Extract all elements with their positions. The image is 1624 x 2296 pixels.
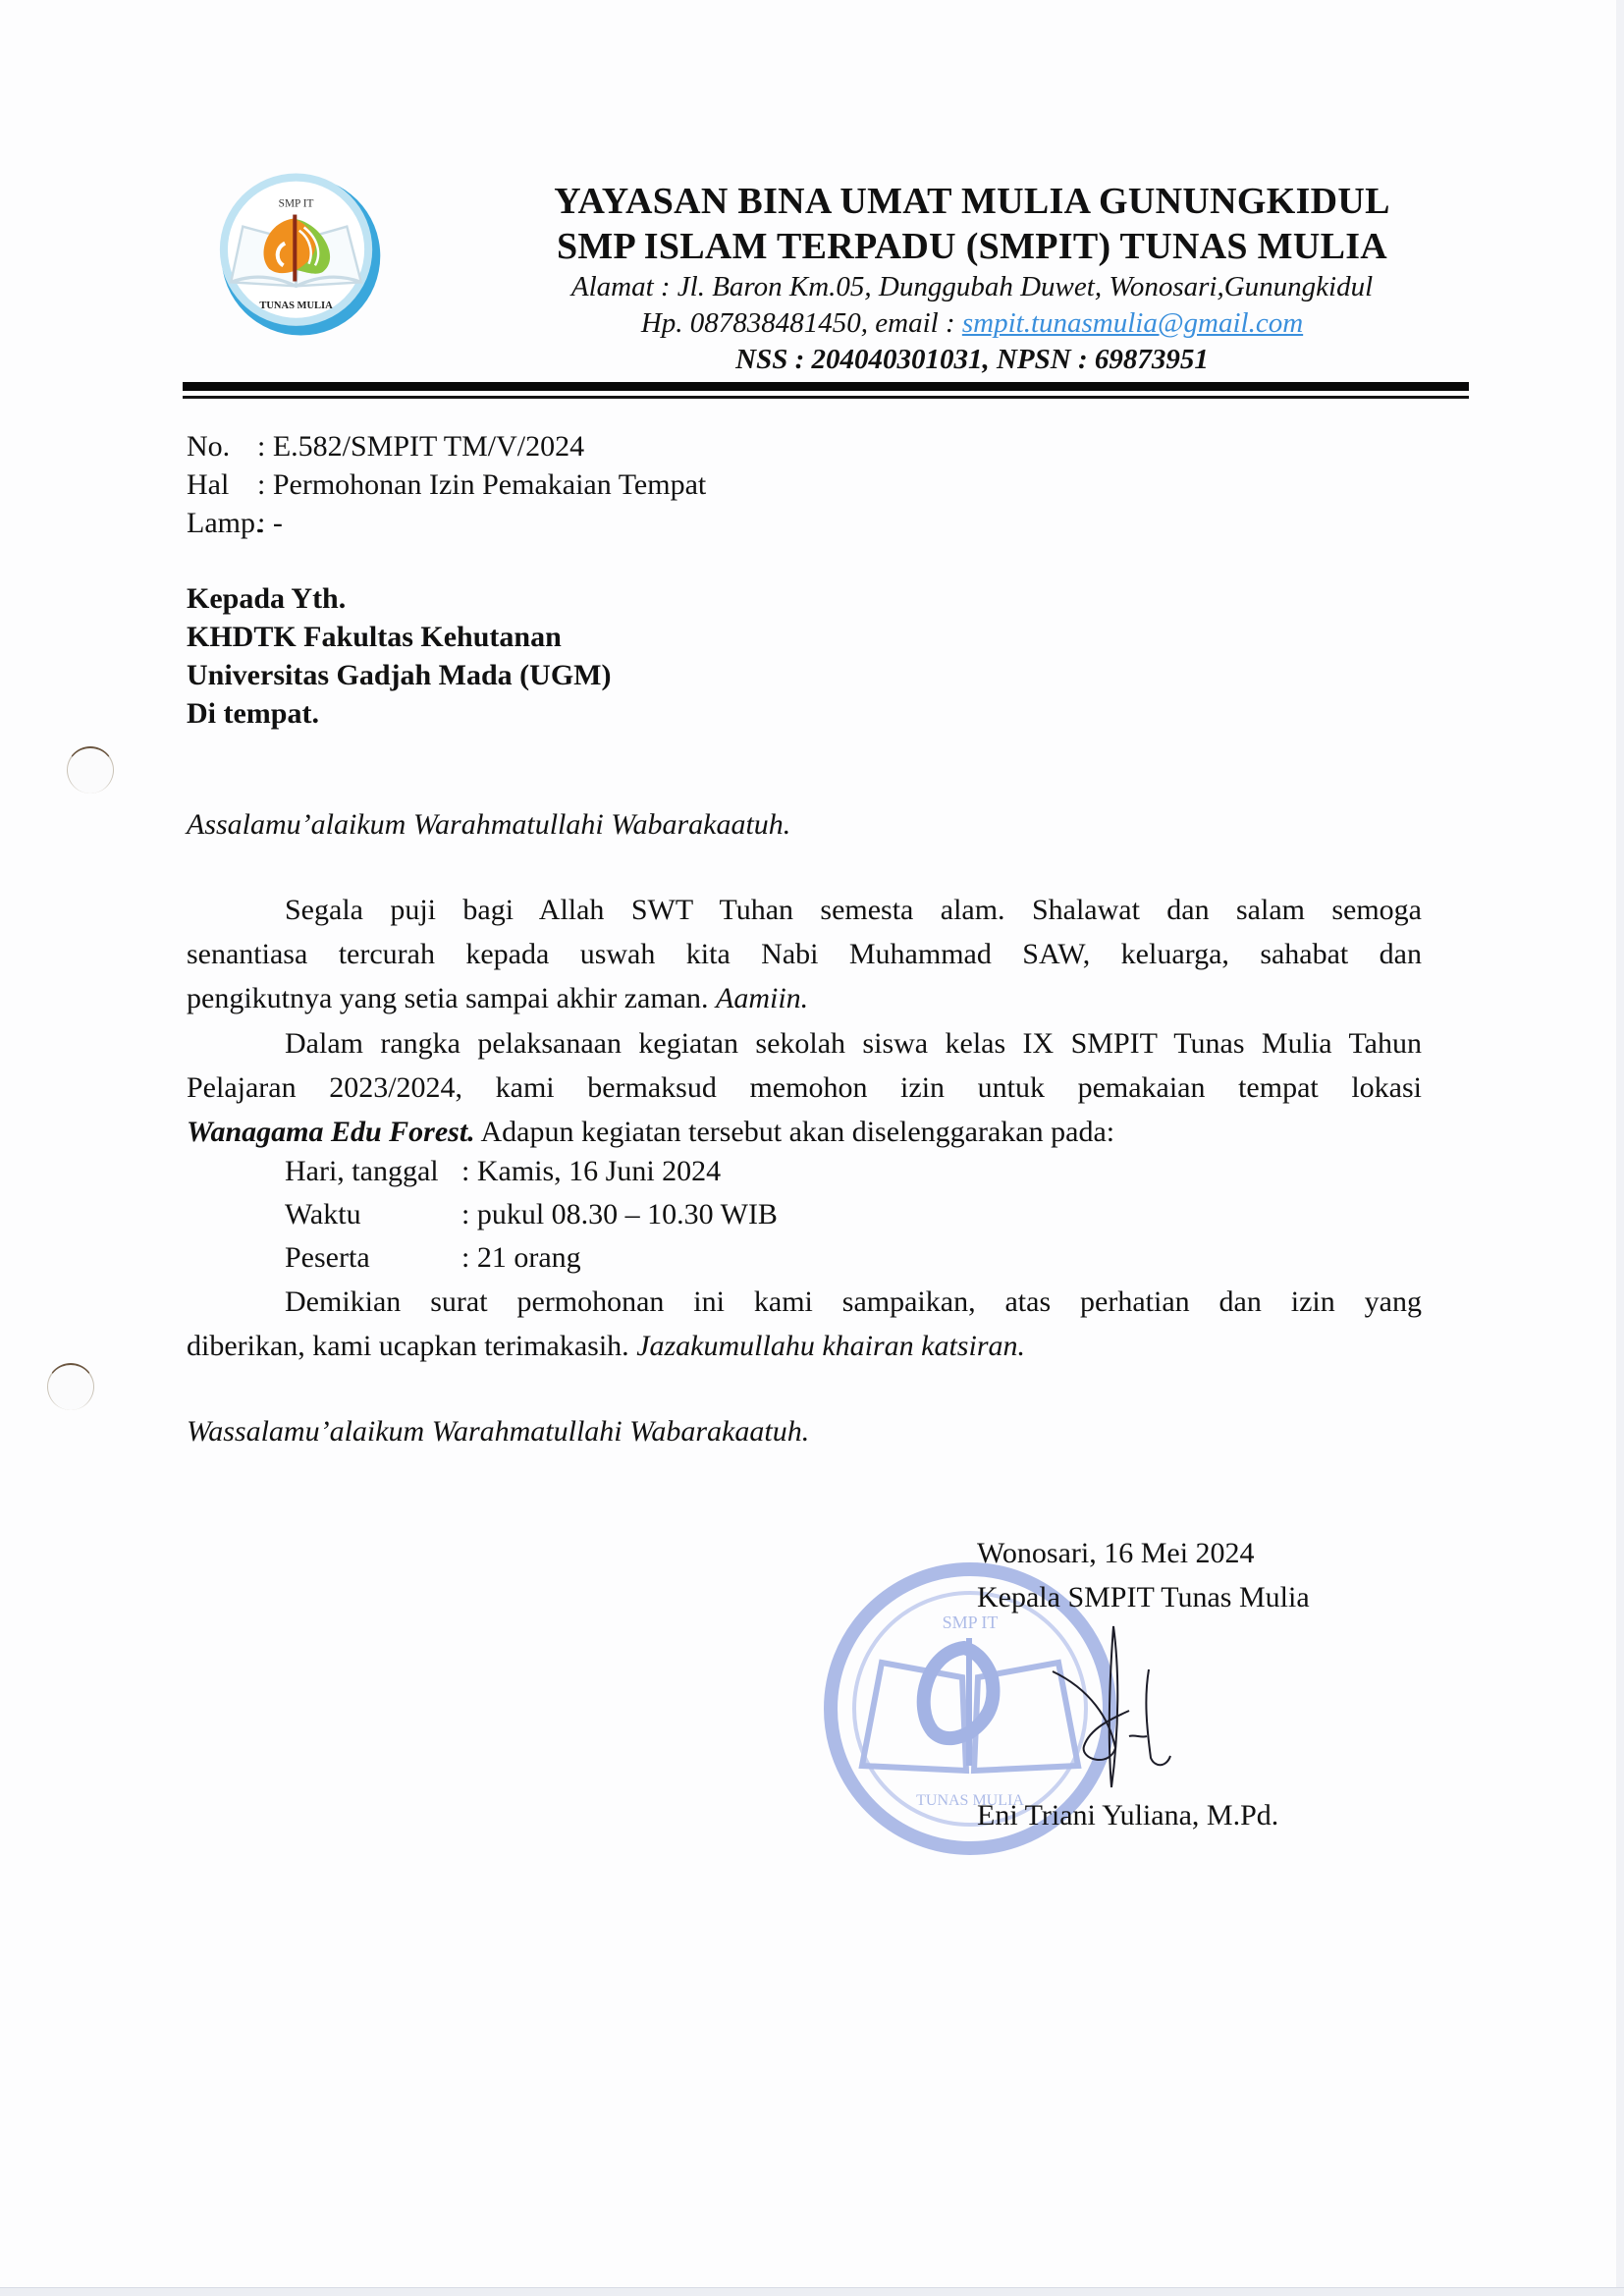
signer-name: Eni Triani Yuliana, M.Pd. bbox=[977, 1799, 1278, 1832]
paragraph-line: Demikian surat permohonan ini kami sampa… bbox=[187, 1280, 1422, 1324]
school-name: SMP ISLAM TERPADU (SMPIT) TUNAS MULIA bbox=[393, 225, 1551, 268]
event-date: : Kamis, 16 Juni 2024 bbox=[461, 1155, 721, 1188]
svg-text:TUNAS MULIA: TUNAS MULIA bbox=[259, 301, 333, 311]
closing-greeting: Wassalamu’alaikum Warahmatullahi Wabarak… bbox=[187, 1417, 809, 1447]
letterhead-divider bbox=[183, 396, 1469, 399]
paragraph-line: diberikan, kami ucapkan terimakasih. Jaz… bbox=[187, 1324, 1422, 1368]
paragraph-line: Pelajaran 2023/2024, kami bermaksud memo… bbox=[187, 1066, 1422, 1110]
recipient-line: KHDTK Fakultas Kehutanan bbox=[187, 623, 562, 652]
paragraph-line: Wanagama Edu Forest. Adapun kegiatan ter… bbox=[187, 1110, 1422, 1154]
meta-label: Lamp. bbox=[187, 509, 262, 538]
detail-label: Peserta bbox=[285, 1241, 370, 1275]
school-contact: Hp. 087838481450, email : smpit.tunasmul… bbox=[393, 307, 1551, 340]
paragraph-text: Adapun kegiatan tersebut akan diselengga… bbox=[475, 1116, 1114, 1148]
paragraph-request: Dalam rangka pelaksanaan kegiatan sekola… bbox=[187, 1021, 1422, 1154]
letter-number: : E.582/SMPIT TM/V/2024 bbox=[257, 432, 584, 462]
recipient-line: Kepada Yth. bbox=[187, 584, 346, 614]
paragraph-closing: Demikian surat permohonan ini kami sampa… bbox=[187, 1280, 1422, 1368]
opening-greeting: Assalamu’alaikum Warahmatullahi Wabaraka… bbox=[187, 810, 790, 840]
foundation-name: YAYASAN BINA UMAT MULIA GUNUNGKIDUL bbox=[393, 180, 1551, 223]
school-logo-icon: SMP IT TUNAS MULIA bbox=[194, 167, 410, 342]
event-time: : pukul 08.30 – 10.30 WIB bbox=[461, 1198, 778, 1231]
detail-label: Waktu bbox=[285, 1198, 361, 1231]
paragraph-text: diberikan, kami ucapkan terimakasih. bbox=[187, 1330, 636, 1362]
punch-hole bbox=[47, 1363, 94, 1410]
letter-attachment: : - bbox=[257, 509, 283, 538]
detail-label: Hari, tanggal bbox=[285, 1155, 439, 1188]
page-edge bbox=[1616, 0, 1624, 2296]
phone-text: Hp. 087838481450, email : bbox=[641, 307, 962, 339]
paragraph-closing-phrase: Jazakumullahu khairan katsiran. bbox=[636, 1330, 1025, 1362]
recipient-line: Di tempat. bbox=[187, 699, 319, 729]
meta-label: No. bbox=[187, 432, 230, 462]
paragraph-closing: Aamiin. bbox=[716, 982, 808, 1014]
meta-label: Hal bbox=[187, 470, 229, 500]
paragraph-line: Dalam rangka pelaksanaan kegiatan sekola… bbox=[187, 1021, 1422, 1066]
svg-text:SMP IT: SMP IT bbox=[279, 197, 314, 209]
svg-text:SMP IT: SMP IT bbox=[943, 1613, 999, 1632]
signature-icon bbox=[1051, 1620, 1218, 1797]
location-name: Wanagama Edu Forest. bbox=[187, 1116, 475, 1148]
signer-position: Kepala SMPIT Tunas Mulia bbox=[977, 1581, 1310, 1614]
email-link[interactable]: smpit.tunasmulia@gmail.com bbox=[962, 307, 1303, 339]
paragraph-opening: Segala puji bagi Allah SWT Tuhan semesta… bbox=[187, 888, 1422, 1020]
paragraph-line: pengikutnya yang setia sampai akhir zama… bbox=[187, 976, 1422, 1020]
school-registration: NSS : 204040301031, NPSN : 69873951 bbox=[393, 344, 1551, 376]
letter-subject: : Permohonan Izin Pemakaian Tempat bbox=[257, 470, 706, 500]
recipient-line: Universitas Gadjah Mada (UGM) bbox=[187, 661, 611, 690]
page-edge bbox=[0, 2287, 1624, 2296]
letterhead-divider bbox=[183, 382, 1469, 391]
event-participants: : 21 orang bbox=[461, 1241, 581, 1275]
place-date: Wonosari, 16 Mei 2024 bbox=[977, 1537, 1255, 1570]
paragraph-line: senantiasa tercurah kepada uswah kita Na… bbox=[187, 932, 1422, 976]
paragraph-text: pengikutnya yang setia sampai akhir zama… bbox=[187, 982, 716, 1014]
school-address: Alamat : Jl. Baron Km.05, Dunggubah Duwe… bbox=[393, 271, 1551, 303]
paragraph-line: Segala puji bagi Allah SWT Tuhan semesta… bbox=[187, 888, 1422, 932]
punch-hole bbox=[67, 746, 114, 793]
